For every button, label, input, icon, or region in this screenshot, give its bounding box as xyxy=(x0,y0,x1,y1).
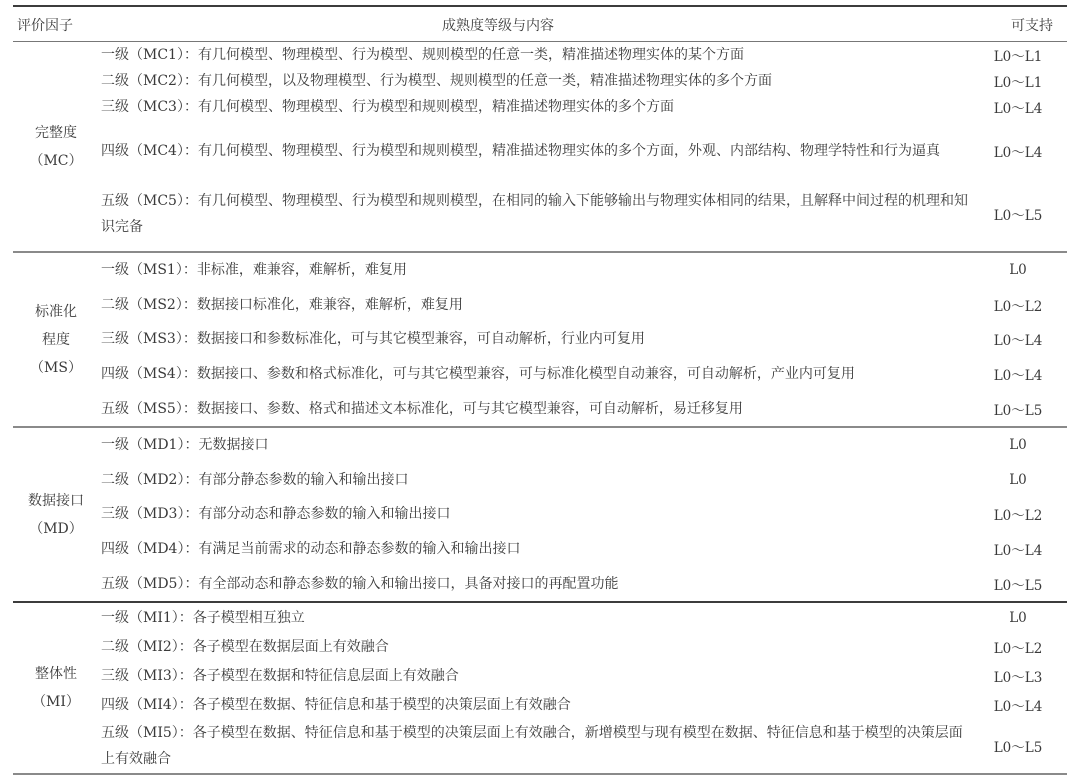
table-row: 二级（MD2）：有部分静态参数的输入和输出接口 L0 xyxy=(13,463,1067,498)
row-support: L0～L4 xyxy=(969,364,1067,384)
maturity-table: 评价因子 成熟度等级与内容 可支持 完整度 （MC） 一级（MC1）：有几何模型… xyxy=(13,5,1067,775)
row-description: 二级（MD2）：有部分静态参数的输入和输出接口 xyxy=(101,467,969,493)
row-description: 三级（MI3）：各子模型在数据和特征信息层面上有效融合 xyxy=(101,663,969,689)
row-description: 一级（MD1）：无数据接口 xyxy=(101,432,969,458)
table-row: 三级（MI3）：各子模型在数据和特征信息层面上有效融合 L0～L3 xyxy=(13,661,1067,690)
row-description: 二级（MS2）：数据接口标准化，难兼容，难解析，难复用 xyxy=(101,292,969,318)
table-row: 二级（MC2）：有几何模型，以及物理模型、行为模型、规则模型的任意一类，精准描述… xyxy=(13,68,1067,94)
table-row: 三级（MS3）：数据接口和参数标准化，可与其它模型兼容，可自动解析，行业内可复用… xyxy=(13,322,1067,357)
row-support: L0～L1 xyxy=(969,71,1067,91)
row-description: 四级（MD4）：有满足当前需求的动态和静态参数的输入和输出接口 xyxy=(101,536,969,562)
table-row: 一级（MC1）：有几何模型、物理模型、行为模型、规则模型的任意一类，精准描述物理… xyxy=(13,42,1067,68)
row-support: L0～L5 xyxy=(969,574,1067,594)
group-data-interface: 数据接口 （MD） 一级（MD1）：无数据接口 L0 二级（MD2）：有部分静态… xyxy=(13,428,1067,603)
row-description: 四级（MS4）：数据接口、参数和格式标准化，可与其它模型兼容，可与标准化模型自动… xyxy=(101,361,969,387)
row-description: 三级（MC3）：有几何模型、物理模型、行为模型和规则模型，精准描述物理实体的多个… xyxy=(101,94,969,120)
row-description: 五级（MC5）：有几何模型、物理模型、行为模型和规则模型，在相同的输入下能够输出… xyxy=(101,188,969,240)
row-description: 二级（MC2）：有几何模型，以及物理模型、行为模型、规则模型的任意一类，精准描述… xyxy=(101,68,969,94)
table-row: 三级（MD3）：有部分动态和静态参数的输入和输出接口 L0～L2 xyxy=(13,497,1067,532)
row-support: L0～L2 xyxy=(969,295,1067,315)
table-row: 五级（MD5）：有全部动态和静态参数的输入和输出接口，具备对接口的再配置功能 L… xyxy=(13,566,1067,601)
row-support: L0 xyxy=(969,262,1067,278)
header-content: 成熟度等级与内容 xyxy=(13,15,983,35)
header-support: 可支持 xyxy=(1011,15,1053,35)
row-description: 一级（MC1）：有几何模型、物理模型、行为模型、规则模型的任意一类，精准描述物理… xyxy=(101,42,969,68)
table-row: 一级（MD1）：无数据接口 L0 xyxy=(13,428,1067,463)
row-support: L0 xyxy=(969,437,1067,453)
table-row: 四级（MD4）：有满足当前需求的动态和静态参数的输入和输出接口 L0～L4 xyxy=(13,532,1067,567)
row-support: L0～L1 xyxy=(969,45,1067,65)
row-support: L0～L3 xyxy=(969,666,1067,686)
table-row: 五级（MC5）：有几何模型、物理模型、行为模型和规则模型，在相同的输入下能够输出… xyxy=(13,182,1067,246)
row-description: 一级（MI1）：各子模型相互独立 xyxy=(101,605,969,631)
group-completeness: 完整度 （MC） 一级（MC1）：有几何模型、物理模型、行为模型、规则模型的任意… xyxy=(13,42,1067,253)
row-support: L0 xyxy=(969,472,1067,488)
table-row: 二级（MI2）：各子模型在数据层面上有效融合 L0～L2 xyxy=(13,632,1067,661)
table-row: 一级（MI1）：各子模型相互独立 L0 xyxy=(13,603,1067,632)
table-row: 五级（MS5）：数据接口、参数、格式和描述文本标准化，可与其它模型兼容，可自动解… xyxy=(13,391,1067,426)
row-description: 一级（MS1）：非标准，难兼容，难解析，难复用 xyxy=(101,257,969,283)
row-support: L0～L4 xyxy=(969,97,1067,117)
table-header: 评价因子 成熟度等级与内容 可支持 xyxy=(13,7,1067,42)
row-support: L0～L4 xyxy=(969,141,1067,161)
row-description: 四级（MC4）：有几何模型、物理模型、行为模型和规则模型，精准描述物理实体的多个… xyxy=(101,138,969,164)
row-description: 五级（MI5）：各子模型在数据、特征信息和基于模型的决策层面上有效融合，新增模型… xyxy=(101,720,969,772)
group-integrity: 整体性 （MI） 一级（MI1）：各子模型相互独立 L0 二级（MI2）：各子模… xyxy=(13,603,1067,775)
row-support: L0～L4 xyxy=(969,539,1067,559)
row-support: L0～L5 xyxy=(969,399,1067,419)
row-support: L0～L5 xyxy=(969,736,1067,756)
table-row: 一级（MS1）：非标准，难兼容，难解析，难复用 L0 xyxy=(13,253,1067,288)
row-description: 五级（MS5）：数据接口、参数、格式和描述文本标准化，可与其它模型兼容，可自动解… xyxy=(101,396,969,422)
row-description: 三级（MD3）：有部分动态和静态参数的输入和输出接口 xyxy=(101,501,969,527)
row-description: 三级（MS3）：数据接口和参数标准化，可与其它模型兼容，可自动解析，行业内可复用 xyxy=(101,326,969,352)
group-standardization: 标准化 程度 （MS） 一级（MS1）：非标准，难兼容，难解析，难复用 L0 二… xyxy=(13,253,1067,428)
row-description: 四级（MI4）：各子模型在数据、特征信息和基于模型的决策层面上有效融合 xyxy=(101,692,969,718)
row-support: L0～L2 xyxy=(969,504,1067,524)
table-row: 四级（MC4）：有几何模型、物理模型、行为模型和规则模型，精准描述物理实体的多个… xyxy=(13,120,1067,182)
table-row: 二级（MS2）：数据接口标准化，难兼容，难解析，难复用 L0～L2 xyxy=(13,288,1067,323)
row-description: 五级（MD5）：有全部动态和静态参数的输入和输出接口，具备对接口的再配置功能 xyxy=(101,571,969,597)
table-row: 四级（MI4）：各子模型在数据、特征信息和基于模型的决策层面上有效融合 L0～L… xyxy=(13,690,1067,719)
row-support: L0～L5 xyxy=(969,204,1067,224)
row-support: L0～L2 xyxy=(969,637,1067,657)
table-row: 三级（MC3）：有几何模型、物理模型、行为模型和规则模型，精准描述物理实体的多个… xyxy=(13,94,1067,120)
row-support: L0～L4 xyxy=(969,329,1067,349)
table-row: 四级（MS4）：数据接口、参数和格式标准化，可与其它模型兼容，可与标准化模型自动… xyxy=(13,357,1067,392)
row-support: L0 xyxy=(969,610,1067,626)
row-description: 二级（MI2）：各子模型在数据层面上有效融合 xyxy=(101,634,969,660)
row-support: L0～L4 xyxy=(969,695,1067,715)
table-row: 五级（MI5）：各子模型在数据、特征信息和基于模型的决策层面上有效融合，新增模型… xyxy=(13,719,1067,773)
